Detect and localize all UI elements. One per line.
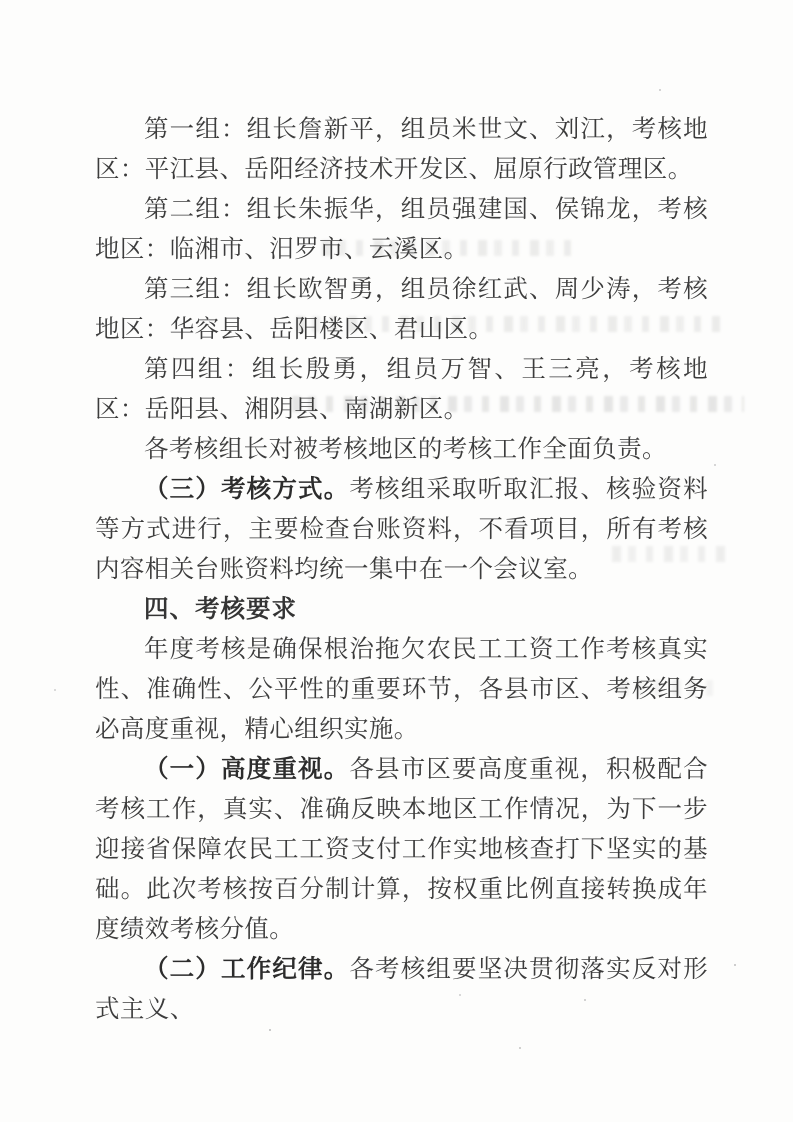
paragraph-group-4: 第四组：组长殷勇，组员万智、王三亮，考核地区：岳阳县、湘阴县、南湖新区。: [95, 350, 708, 430]
paragraph-group-2: 第二组：组长朱振华，组员强建国、侯锦龙，考核地区：临湘市、汨罗市、云溪区。: [95, 190, 708, 270]
paragraph-high-attention: （一）高度重视。各县市区要高度重视，积极配合考核工作，真实、准确反映本地区工作情…: [95, 750, 708, 950]
paragraph-annual-assessment: 年度考核是确保根治拖欠农民工工资工作考核真实性、准确性、公平性的重要环节，各县市…: [95, 630, 708, 750]
assessment-method-lead-in: （三）考核方式。: [144, 476, 349, 503]
section-4-heading: 四、考核要求: [95, 590, 708, 630]
paragraph-group-3: 第三组：组长欧智勇，组员徐红武、周少涛，考核地区：华容县、岳阳楼区、君山区。: [95, 270, 708, 350]
high-attention-lead-in: （一）高度重视。: [144, 756, 349, 783]
paragraph-assessment-method: （三）考核方式。考核组采取听取汇报、核验资料等方式进行，主要检查台账资料，不看项…: [95, 470, 708, 590]
paragraph-work-discipline: （二）工作纪律。各考核组要坚决贯彻落实反对形式主义、: [95, 950, 708, 1030]
document-page: 第一组：组长詹新平，组员米世文、刘江，考核地区：平江县、岳阳经济技术开发区、屈原…: [0, 0, 793, 1122]
work-discipline-lead-in: （二）工作纪律。: [144, 956, 349, 983]
paragraph-group-1: 第一组：组长詹新平，组员米世文、刘江，考核地区：平江县、岳阳经济技术开发区、屈原…: [95, 110, 708, 190]
document-body-text: 第一组：组长詹新平，组员米世文、刘江，考核地区：平江县、岳阳经济技术开发区、屈原…: [95, 110, 708, 1030]
paragraph-leader-responsibility: 各考核组长对被考核地区的考核工作全面负责。: [95, 430, 708, 470]
high-attention-body: 各县市区要高度重视，积极配合考核工作，真实、准确反映本地区工作情况，为下一步迎接…: [95, 756, 708, 943]
